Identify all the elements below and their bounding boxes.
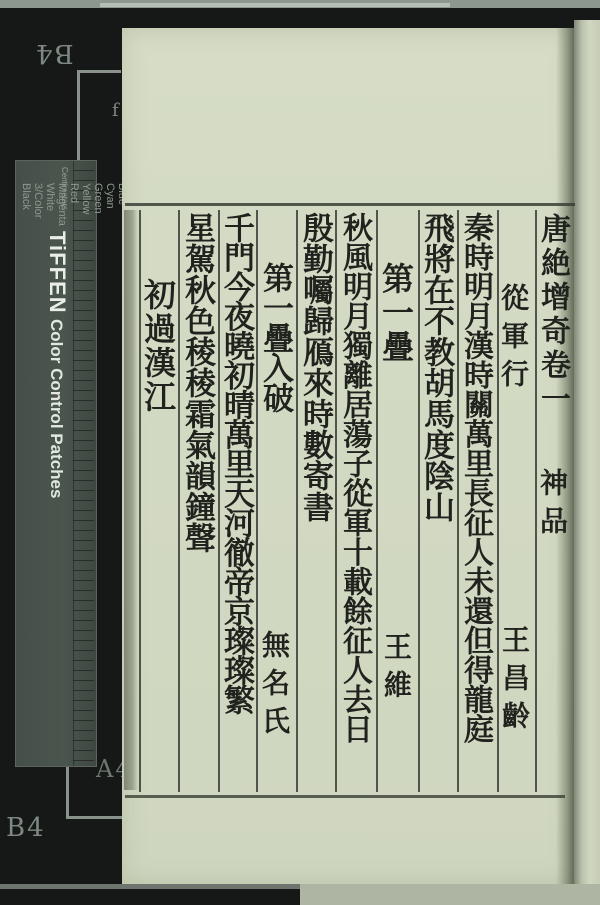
- scale-label-b4-bottom: B4: [6, 813, 46, 843]
- frame-mark: f: [112, 100, 119, 121]
- next-page-edge: [574, 20, 600, 886]
- poem-title: 從軍行: [499, 283, 527, 397]
- frame-rule-top: [125, 203, 575, 206]
- patch-label: Cyan: [104, 183, 116, 226]
- patch-labels: Blue Cyan Green Yellow Red Magenta White…: [20, 183, 128, 260]
- poem-line: 秦時明月漢時關萬里長征人未還但得龍庭: [460, 212, 490, 743]
- poem-author: 王昌齡: [500, 625, 528, 739]
- previous-leaf-edge: [124, 210, 138, 790]
- poem-line: 星駕秋色稜稜霜氣韻鐘聲: [181, 212, 212, 553]
- poem-line: 千門今夜曉初晴萬里天河徹帝京璨璨繁: [220, 212, 251, 714]
- patch-label: Black: [20, 183, 32, 226]
- poem-author: 無名氏: [260, 630, 288, 744]
- patch-label: White: [44, 183, 56, 226]
- poem-section-title: 第一疊: [380, 262, 412, 364]
- stand-edge: [0, 884, 300, 889]
- patch-label: 3/Color: [32, 183, 44, 226]
- gutter-shadow: [556, 28, 574, 884]
- poem-line: 飛將在不教胡馬度陰山: [420, 212, 451, 522]
- frame-line: [66, 816, 122, 819]
- patch-label: Magenta: [56, 183, 68, 226]
- category-label: 神品: [538, 468, 566, 544]
- patch-label: Green: [92, 183, 104, 226]
- poem-line: 秋風明月獨離居蕩子從軍十載餘征人去日: [339, 212, 369, 743]
- poem-line: 殷勤囑歸鴈來時數寄書: [299, 212, 330, 522]
- frame-line: [77, 70, 121, 73]
- poem-title: 初過漢江: [142, 278, 174, 414]
- page-bottom-edge: [300, 884, 600, 905]
- patch-label: Red: [68, 183, 80, 226]
- scale-label-b4-top: B4: [34, 38, 74, 68]
- poem-author: 王維: [382, 632, 410, 708]
- tiffen-logo: TiFFEN: [44, 231, 70, 314]
- frame-line: [66, 765, 69, 818]
- top-frame-highlight: [100, 3, 450, 7]
- frame-rule-bottom: [125, 795, 565, 798]
- color-control-strip: Centimeters Blue Cyan Green Yellow Red M…: [15, 160, 97, 767]
- strip-title: Color Control Patches: [46, 319, 66, 498]
- patch-label: Yellow: [80, 183, 92, 226]
- poem-section-title: 第一疊入破: [259, 262, 290, 412]
- volume-title: 唐絶增奇卷一: [537, 213, 567, 417]
- frame-line: [77, 70, 80, 160]
